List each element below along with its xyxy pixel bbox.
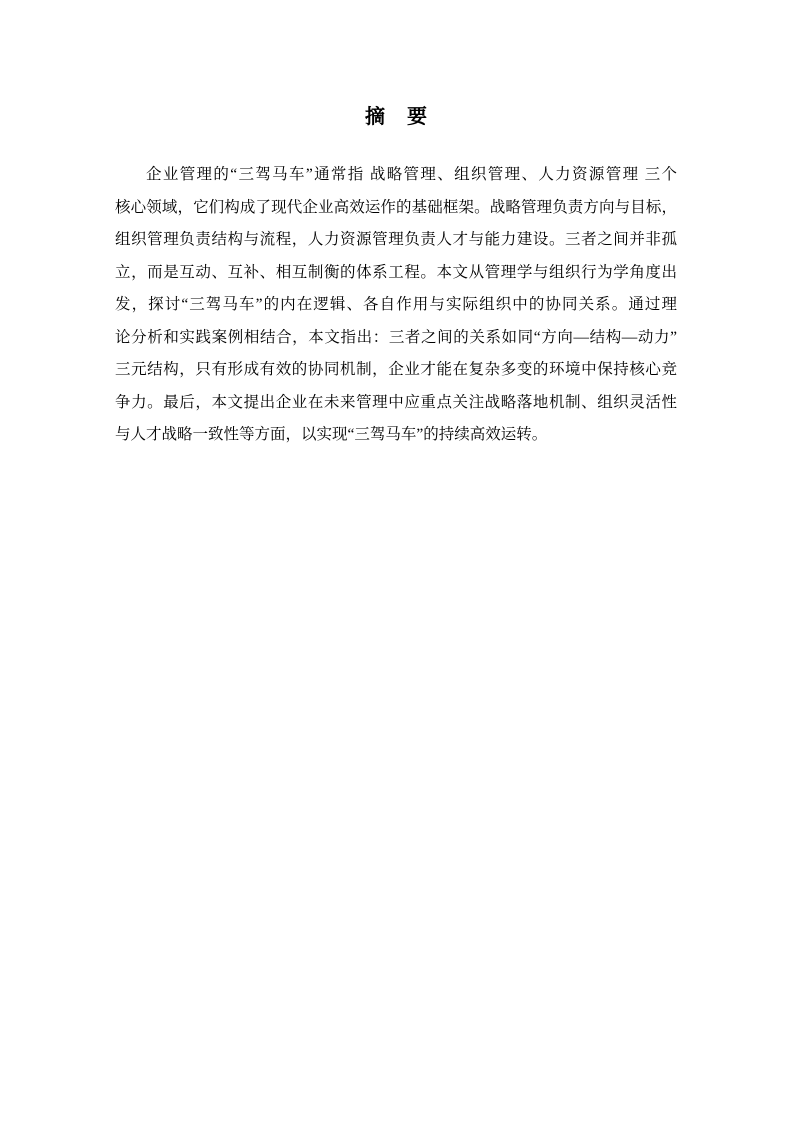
- abstract-paragraph: 企业管理的“三驾马车”通常指 战略管理、组织管理、人力资源管理 三个 核心领域，…: [115, 159, 677, 452]
- document-page: 摘 要 企业管理的“三驾马车”通常指 战略管理、组织管理、人力资源管理 三个 核…: [0, 0, 793, 1122]
- paragraph-line: 三元结构，只有形成有效的协同机制，企业才能在复杂多变的环境中保持核心竞: [115, 354, 677, 387]
- paragraph-line: 企业管理的“三驾马车”通常指 战略管理、组织管理、人力资源管理 三个: [115, 159, 677, 192]
- paragraph-line: 论分析和实践案例相结合，本文指出：三者之间的关系如同“方向—结构—动力”: [115, 322, 677, 355]
- paragraph-line: 组织管理负责结构与流程，人力资源管理负责人才与能力建设。三者之间并非孤: [115, 224, 677, 257]
- abstract-title: 摘 要: [0, 104, 793, 130]
- paragraph-line: 争力。最后，本文提出企业在未来管理中应重点关注战略落地机制、组织灵活性: [115, 387, 677, 420]
- paragraph-line: 发，探讨“三驾马车”的内在逻辑、各自作用与实际组织中的协同关系。通过理: [115, 289, 677, 322]
- paragraph-line: 立，而是互动、互补、相互制衡的体系工程。本文从管理学与组织行为学角度出: [115, 257, 677, 290]
- paragraph-line: 核心领域，它们构成了现代企业高效运作的基础框架。战略管理负责方向与目标，: [115, 192, 677, 225]
- paragraph-line: 与人才战略一致性等方面，以实现“三驾马车”的持续高效运转。: [115, 419, 677, 452]
